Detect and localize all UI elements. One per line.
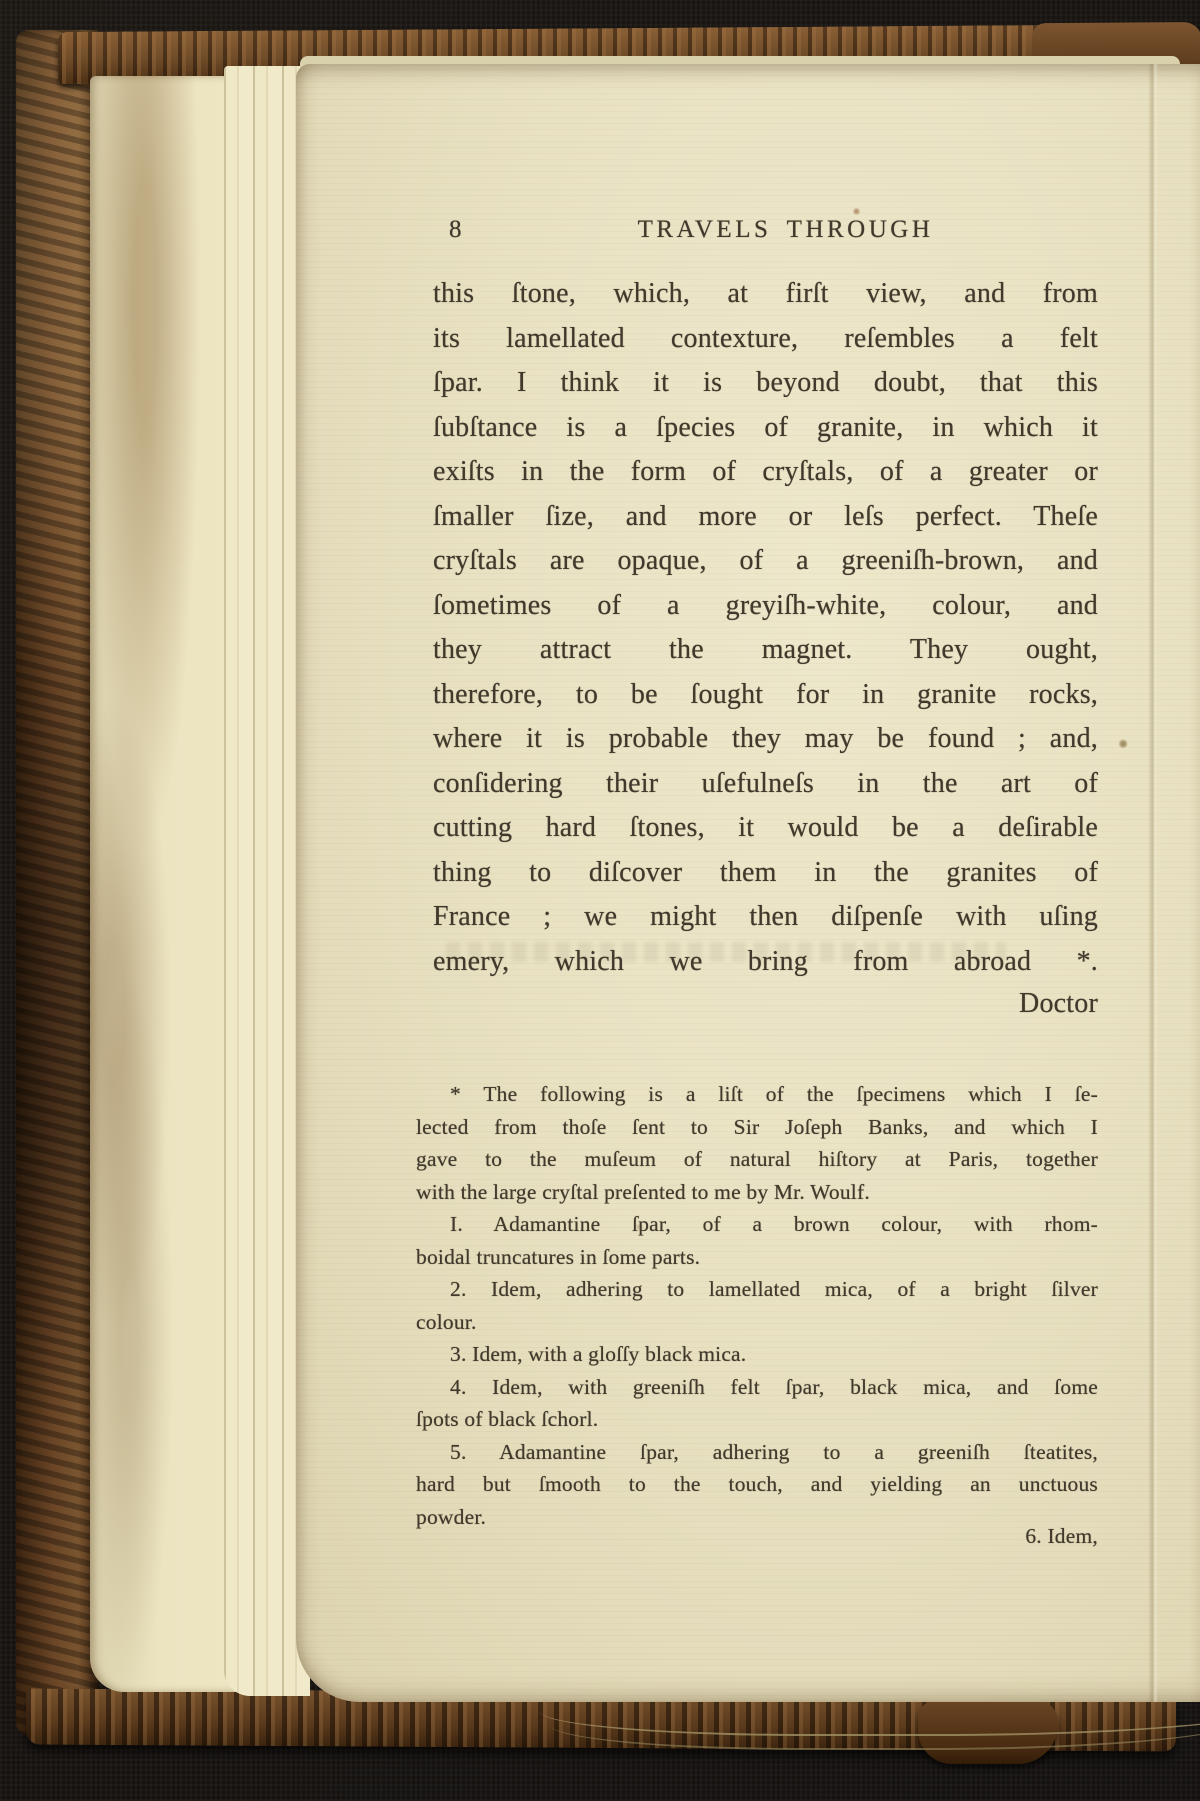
body-line: ſometimes of a greyiſh-white, colour, an… <box>433 584 1098 629</box>
book-spine-leather <box>16 30 98 1736</box>
body-line: exiſts in the form of cryſtals, of a gre… <box>433 450 1098 495</box>
book-leather-flap <box>918 1700 1058 1764</box>
footnote-line: gave to the muſeum of natural hiſtory at… <box>416 1143 1098 1176</box>
body-line: this ſtone, which, at firſt view, and fr… <box>433 272 1098 317</box>
body-line: emery, which we bring from abroad *. <box>433 940 1098 985</box>
footnote-line: lected from thoſe ſent to Sir Joſeph Ban… <box>416 1111 1098 1144</box>
body-paragraph: this ſtone, which, at firſt view, and fr… <box>433 272 1098 984</box>
catchword: Doctor <box>433 988 1098 1020</box>
page-number: 8 <box>449 216 462 244</box>
body-line: they attract the magnet. They ought, <box>433 628 1098 673</box>
page-header: 8 TRAVELS THROUGH <box>433 216 1098 252</box>
body-line: ſubſtance is a ſpecies of granite, in wh… <box>433 406 1098 451</box>
footnote-line: I. Adamantine ſpar, of a brown colour, w… <box>416 1208 1098 1241</box>
body-line: its lamellated contexture, reſembles a f… <box>433 317 1098 362</box>
footnote-line: colour. <box>416 1306 1098 1339</box>
running-title: TRAVELS THROUGH <box>433 216 1098 244</box>
body-line: cutting hard ſtones, it would be a deſir… <box>433 806 1098 851</box>
body-line: thing to diſcover them in the granites o… <box>433 851 1098 896</box>
body-line: ſpar. I think it is beyond doubt, that t… <box>433 361 1098 406</box>
footnote-line: hard but ſmooth to the touch, and yieldi… <box>416 1468 1098 1501</box>
footnote-line: ſpots of black ſchorl. <box>416 1403 1098 1436</box>
book-page: 8 TRAVELS THROUGH this ſtone, which, at … <box>296 64 1200 1702</box>
body-line: conſidering their uſefulneſs in the art … <box>433 762 1098 807</box>
footnote-line: 2. Idem, adhering to lamellated mica, of… <box>416 1273 1098 1306</box>
footnote: * The following is a liſt of the ſpecime… <box>416 1078 1098 1533</box>
body-line: where it is probable they may be found ;… <box>433 717 1098 762</box>
footnote-line: * The following is a liſt of the ſpecime… <box>416 1078 1098 1111</box>
footnote-line: 3. Idem, with a gloſſy black mica. <box>416 1338 1098 1371</box>
body-line: ſmaller ſize, and more or leſs perfect. … <box>433 495 1098 540</box>
footnote-line: 5. Adamantine ſpar, adhering to a greeni… <box>416 1436 1098 1469</box>
book-photo: 8 TRAVELS THROUGH this ſtone, which, at … <box>0 0 1200 1801</box>
footnote-line: with the large cryſtal preſented to me b… <box>416 1176 1098 1209</box>
body-line: France ; we might then diſpenſe with uſi… <box>433 895 1098 940</box>
body-line: cryſtals are opaque, of a greeniſh-brown… <box>433 539 1098 584</box>
page-crease <box>1148 64 1158 1702</box>
footnote-line: 4. Idem, with greeniſh felt ſpar, black … <box>416 1371 1098 1404</box>
body-line: therefore, to be ſought for in granite r… <box>433 673 1098 718</box>
footnote-catchword: 6. Idem, <box>416 1524 1098 1549</box>
footnote-line: boidal truncatures in ſome parts. <box>416 1241 1098 1274</box>
